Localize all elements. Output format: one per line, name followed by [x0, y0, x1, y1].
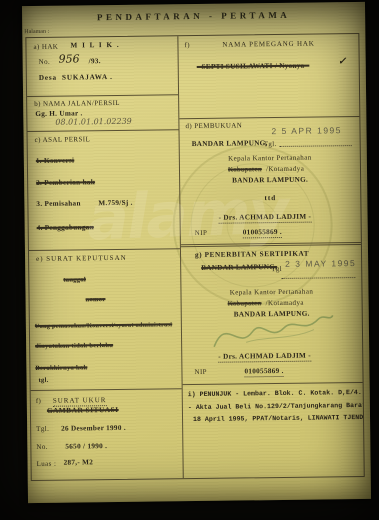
pembukuan-kotamadya: /Kotamadya: [266, 165, 304, 173]
ukur-tgl-value: 26 Desember 1990 .: [61, 424, 126, 433]
ukur-header: SURAT UKUR: [53, 396, 107, 407]
hak-no-label: No.: [39, 58, 51, 66]
asal-item-pemisahan-value: M.759/Sj .: [98, 199, 132, 207]
right-column: f) NAMA PEMEGANG HAK - SEPTI SUSILAWATI …: [178, 34, 363, 478]
asal-item-pemisahan: 3. Pemisahan: [36, 199, 80, 208]
penerbitan-city: BANDAR LAMPUNG,: [201, 263, 277, 272]
section-surat-keputusan: e) SURAT KEPUTUSAN tanggal nomor Uang pe…: [29, 249, 182, 391]
keputusan-tgl: tgl.: [39, 377, 49, 384]
left-column: a) HAK M I L I K . No. 956 /93. Desa SUK…: [26, 36, 183, 480]
pembukuan-header: d) PEMBUKUAN: [185, 121, 242, 130]
penerbitan-date-stamp: 2 3 MAY 1995: [285, 258, 356, 269]
pen-check-mark: ✓: [338, 56, 349, 67]
keputusan-uang-pemasukan: Uang pemasukan/Konversi/syarat administr…: [35, 321, 172, 330]
section-asal-persil: c) ASAL PERSIL 1. Konversi 2. Pemberian …: [28, 130, 180, 251]
photo-background: PENDAFTARAN - PERTAMA Halaman : a) HAK M…: [0, 0, 379, 520]
section-hak: a) HAK M I L I K . No. 956 /93. Desa SUK…: [26, 36, 178, 97]
asal-item-pemberian-hak: 2. Pemberian hak: [36, 178, 95, 187]
keputusan-tidak-berlaku: dinyatakan tidak berlaku: [35, 342, 113, 350]
pemegang-name-value: - SEPTI SUSILAWATI / Nyonya -: [197, 62, 310, 71]
penunjuk-line3: 18 April 1995, PPAT/Notaris, LINAWATI TJ…: [193, 414, 364, 424]
asal-header: c) ASAL PERSIL: [35, 135, 91, 144]
penunjuk-line1: i) PENUNJUK - Lembar. Blok. C. Kotak. D,…: [188, 389, 364, 399]
pembukuan-tgl-dots: [280, 139, 352, 147]
ukur-luas-value: 287,- M2: [64, 458, 94, 466]
section-nama-jalan: b) NAMA JALAN/PERSIL Gg. H. Umar . 08.01…: [27, 95, 178, 132]
pembukuan-city: BANDAR LAMPUNG,: [192, 139, 268, 148]
keputusan-nomor: nomor: [86, 296, 106, 303]
penunjuk-line2: - Akta Jual Beli No.129/2/Tanjungkarang …: [188, 401, 364, 411]
section-penunjuk: i) PENUNJUK - Lembar. Blok. C. Kotak. D,…: [183, 383, 364, 478]
penerbitan-tgl-dots: [281, 271, 355, 279]
certificate-page: PENDAFTARAN - PERTAMA Halaman : a) HAK M…: [22, 2, 371, 503]
ukur-tgl-label: Tgl.: [36, 425, 49, 433]
ukur-letter: f): [36, 397, 42, 405]
penerbitan-kepala: Kepala Kantor Pertanahan: [181, 287, 361, 297]
pembukuan-nip-value: 010055869 .: [243, 228, 282, 238]
section-penerbitan-sertipikat: g) PENERBITAN SERTIPIKAT BANDAR LAMPUNG,…: [181, 245, 363, 385]
pembukuan-city2: BANDAR LAMPUNG.: [180, 175, 360, 185]
jalan-header: b) NAMA JALAN/PERSIL: [34, 99, 120, 108]
hak-no-handwritten: 956: [59, 52, 80, 65]
ukur-no-value: 5650 / 1990 .: [65, 442, 107, 451]
hak-no-suffix: /93.: [89, 57, 101, 65]
ukur-header-gambar-situasi: GAMBAR SITUASI: [47, 406, 119, 415]
hak-label: a) HAK: [33, 43, 58, 51]
page-title: PENDAFTARAN - PERTAMA: [22, 9, 365, 23]
keputusan-tanggal: tanggal: [63, 276, 86, 283]
asal-item-konversi: 1. Konversi: [36, 156, 75, 164]
ukur-luas-label: Luas :: [37, 460, 57, 468]
section-surat-ukur: f) SURAT UKUR GAMBAR SITUASI Tgl. 26 Des…: [31, 389, 183, 480]
ukur-no-label: No.: [36, 443, 48, 451]
pembukuan-date-stamp: 2 5 APR 1995: [271, 125, 342, 136]
penerbitan-header: g) PENERBITAN SERTIPIKAT: [195, 250, 309, 259]
penerbitan-nip-label: NIP: [194, 368, 207, 376]
asal-item-penggabungan: 4. Penggabungan: [37, 223, 94, 232]
pembukuan-kabupaten-struck: Kabupaten: [228, 165, 262, 173]
signature-scribble: [206, 307, 337, 357]
pembukuan-ttd: ttd: [180, 193, 360, 203]
pemegang-header: NAMA PEMEGANG HAK: [178, 39, 358, 49]
registration-table: a) HAK M I L I K . No. 956 /93. Desa SUK…: [25, 33, 364, 481]
pembukuan-signatory-name: - Drs. ACHMAD LADJIM -: [219, 213, 312, 224]
pembukuan-nip-label: NIP: [195, 229, 208, 237]
pembukuan-tgl-label: Tgl.: [264, 140, 277, 148]
penerbitan-kabupaten-struck: Kabupaten: [228, 299, 262, 307]
penerbitan-kotamadya: /Kotamadya: [266, 299, 304, 307]
section-pembukuan: d) PEMBUKUAN 2 5 APR 1995 BANDAR LAMPUNG…: [179, 117, 361, 247]
hak-desa: Desa SUKAJAWA .: [39, 73, 113, 82]
page-number-label: Halaman :: [24, 29, 49, 35]
keputusan-berakhirnya-hak: Berakhirnya hak: [35, 364, 87, 372]
hak-value: M I L I K .: [70, 41, 120, 50]
jalan-code-handwritten: 08.01.01.01.02239: [55, 117, 131, 127]
section-nama-pemegang-hak: f) NAMA PEMEGANG HAK - SEPTI SUSILAWATI …: [178, 34, 359, 119]
keputusan-header: e) SURAT KEPUTUSAN: [36, 254, 127, 263]
pembukuan-kepala: Kepala Kantor Pertanahan: [180, 153, 360, 163]
penerbitan-nip-value: 010055869 .: [244, 367, 283, 377]
